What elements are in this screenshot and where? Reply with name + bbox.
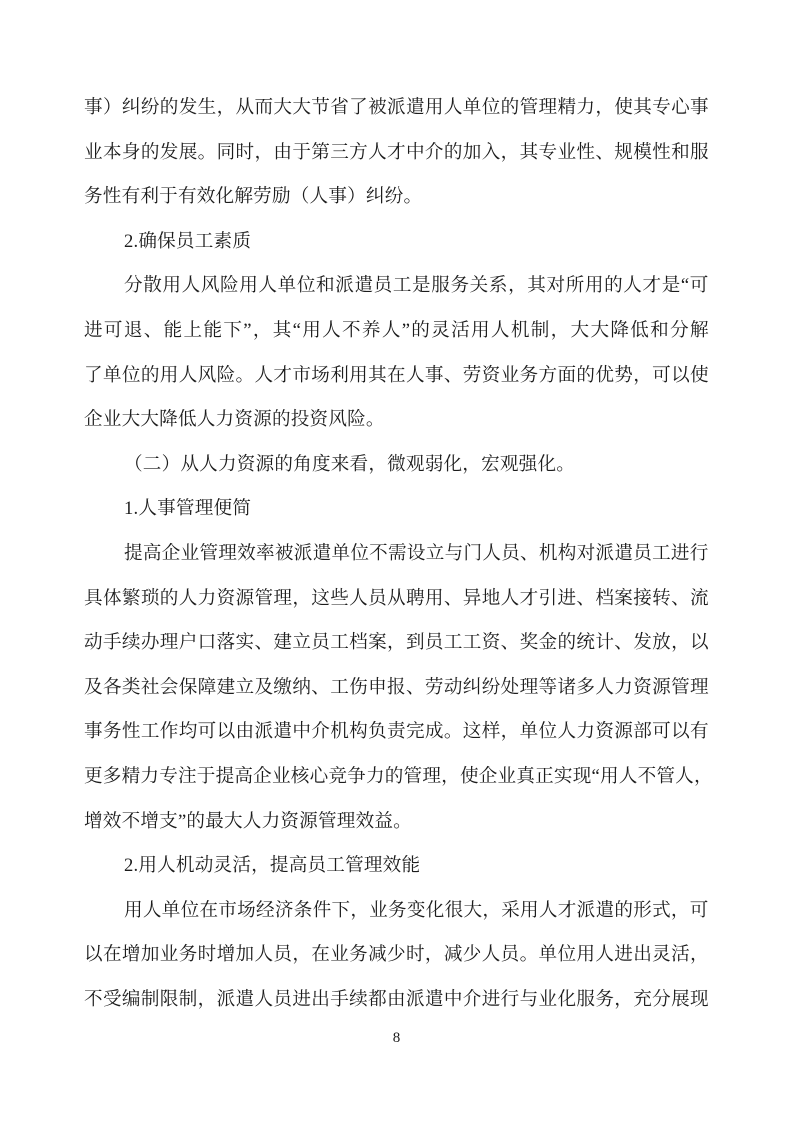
document-char: 心 [310,755,329,800]
document-char: 流 [690,577,709,622]
document-char: 遣 [406,86,425,131]
document-char: 工 [444,621,463,666]
document-char: 遣 [273,710,292,755]
document-line: 及各类社会保障建立及缴纳、工伤申报、劳动纠纷处理等诸多人力资源管理 [84,666,709,711]
document-char: 。 [198,131,217,176]
document-char: 充 [633,978,652,1023]
document-char: 对 [546,264,565,309]
document-char: 员 [633,532,652,577]
document-char: 人 [482,532,501,577]
document-char: 和 [316,264,335,309]
document-char: 化 [426,889,445,934]
document-char: 派 [406,978,425,1023]
document-char: 动 [84,621,103,666]
document-char: 了 [349,86,368,131]
document-char: 派 [387,86,406,131]
document-char: 务 [103,710,122,755]
document-char: 人 [595,666,614,711]
document-char: ” [243,309,251,354]
document-char: 单 [539,933,558,978]
document-char: 人 [179,354,198,399]
document-char: 用 [576,933,595,978]
document-char: 工 [330,666,349,711]
document-char: 有 [690,710,709,755]
document-char: 管 [656,755,675,800]
document-char: 务 [520,354,539,399]
document-char: 高 [143,532,162,577]
document-char: 用 [162,264,181,309]
document-char: 低 [630,309,649,354]
document-char: 出 [633,933,652,978]
document-char: 的 [160,577,179,622]
document-char: 现 [573,755,592,800]
document-char: 理 [218,532,237,577]
document-char: 在 [387,354,406,399]
document-char: ， [253,309,272,354]
document-char: ， [508,264,527,309]
document-char: 效 [237,532,256,577]
document-char: 上 [184,309,203,354]
document-char: 以 [217,710,236,755]
document-line: 用人单位在市场经济条件下，业务变化很大，采用人才派遣的形式，可 [84,889,709,934]
document-char: 在 [103,933,122,978]
document-char: 完 [406,710,425,755]
document-char: 位 [557,933,576,978]
document-char: 省 [330,86,349,131]
document-char: 员 [273,978,292,1023]
document-char: 务 [179,933,198,978]
document-char: 理 [160,621,179,666]
document-char: 更 [84,755,103,800]
document-char: 员 [368,577,387,622]
document-char: 会 [160,666,179,711]
document-char: 纠 [122,86,141,131]
document-char: 这 [463,710,482,755]
document-char: 使 [614,86,633,131]
document-char: 在 [311,933,330,978]
document-char: 出 [311,978,330,1023]
document-char: 人 [619,755,638,800]
document-char: 工 [463,621,482,666]
document-char: 纳 [292,666,311,711]
document-char: 时 [406,933,425,978]
document-char: 争 [347,755,366,800]
document-line: 企业大大降低人力资源的投资风险。 [84,398,709,443]
document-char: 责 [387,710,406,755]
document-char: 生 [198,86,217,131]
document-char: 工 [141,710,160,755]
document-char: 进 [292,978,311,1023]
document-char: 、 [444,577,463,622]
document-char: 机 [511,309,530,354]
document-char: 增 [122,933,141,978]
document-char: 与 [445,532,464,577]
document-char: 源 [652,666,671,711]
document-char: ， [501,131,520,176]
document-char: 缴 [273,666,292,711]
document-line: 了单位的用人风险。人才市场利用其在人事、劳资业务方面的优势，可以使 [84,354,709,399]
document-char: 分 [670,309,689,354]
document-char: 灵 [652,933,671,978]
document-char: ， [551,309,570,354]
document-char: 工 [330,621,349,666]
document-char: 资 [482,621,501,666]
document-char: ， [292,577,311,622]
document-char: 业 [557,131,576,176]
document-char: 劳 [425,666,444,711]
document-char: 各 [103,666,122,711]
document-char: 不 [638,755,657,800]
document-char: 下 [223,309,242,354]
document-char: 心 [671,86,690,131]
document-char: 派 [577,889,596,934]
document-char: 资 [633,666,652,711]
document-char: 引 [539,577,558,622]
document-char: 减 [444,933,463,978]
document-char: 由 [387,978,406,1023]
document-char: 风 [201,264,220,309]
document-char: 案 [614,577,633,622]
document-char: 人 [382,309,401,354]
document-char: ， [198,978,217,1023]
document-char: 门 [463,532,482,577]
document-char: 员 [374,264,393,309]
document-char: 专 [652,86,671,131]
document-char: ， [425,933,444,978]
document-char: 成 [425,710,444,755]
document-char: 样 [482,710,501,755]
document-char: 琐 [141,577,160,622]
document-char: 节 [311,86,330,131]
document-char: ， [595,86,614,131]
document-char: 派 [595,532,614,577]
document-char: 类 [122,666,141,711]
document-char: 以 [671,710,690,755]
document-char: 人 [179,577,198,622]
document-char: 建 [217,666,236,711]
document-char: 于 [197,755,216,800]
document-char: 提 [124,532,143,577]
document-line: 2.用人机动灵活，提高员工管理效能 [84,844,709,889]
document-char: 可 [652,354,671,399]
document-char: 和 [650,309,669,354]
document-char: 现 [690,978,709,1023]
document-char: 奖 [520,621,539,666]
document-char: 大 [571,309,590,354]
document-char: 系 [489,264,508,309]
document-char: 本 [103,131,122,176]
document-char: 大 [292,86,311,131]
document-char: 用 [124,889,143,934]
document-char: 场 [311,354,330,399]
document-char: 关 [470,264,489,309]
document-char: 员 [311,621,330,666]
document-char: 具 [84,577,103,622]
document-char: 才 [642,264,661,309]
document-char: 等 [539,666,558,711]
document-char: 专 [159,755,178,800]
document-char: 实 [236,621,255,666]
document-char: ， [671,621,690,666]
document-char: 加 [236,933,255,978]
document-char: 、 [311,666,330,711]
document-char: 、 [520,532,539,577]
document-char: 变 [407,889,426,934]
document-char: 业 [84,131,103,176]
document-char: 场 [237,889,256,934]
document-char: 档 [349,621,368,666]
document-char: 这 [311,577,330,622]
page-number: 8 [0,1024,793,1052]
document-char: 而 [254,86,273,131]
document-char: 派 [335,264,354,309]
document-char: 的 [557,621,576,666]
document-char: 派 [217,978,236,1023]
document-char: 可 [690,264,709,309]
document-char: 人 [143,889,162,934]
document-char: 制 [141,978,160,1023]
document-char: 机 [539,532,558,577]
document-char: 其 [520,131,539,176]
document-char: 位 [350,532,369,577]
document-char: 立 [426,532,445,577]
document-char: 受 [103,978,122,1023]
document-char: 管 [254,577,273,622]
document-char: 真 [516,755,535,800]
document-char: 源 [614,710,633,755]
document-char: 位 [297,264,316,309]
document-char: 的 [501,86,520,131]
document-char: 事 [690,86,709,131]
document-char: 人 [491,309,510,354]
document-char: 单 [103,354,122,399]
document-line: 2.确保员工素质 [84,220,709,265]
document-char: 、 [144,309,163,354]
document-char: 条 [294,889,313,934]
document-char: 展 [179,131,198,176]
document-char: 才 [387,131,406,176]
document-char: 竞 [328,755,347,800]
document-char: 才 [273,354,292,399]
document-line: 务性有利于有效化解劳励（人事）纠纷。 [84,175,709,220]
document-char: 被 [275,532,294,577]
document-char: 人 [539,889,558,934]
document-char: 其 [527,264,546,309]
document-char: 保 [179,666,198,711]
document-char: ， [614,978,633,1023]
document-char: 人 [623,264,642,309]
document-char: 、 [254,621,273,666]
document-char: 分 [652,978,671,1023]
document-char: 退 [124,309,143,354]
document-char: 进 [614,933,633,978]
document-char: 不 [369,532,388,577]
document-char: 的 [141,131,160,176]
document-char: 人 [406,354,425,399]
document-char: 管 [671,666,690,711]
document-line: 进可退、能上能下”，其“用人不养人”的灵活用人机制，大大降低和分解 [84,309,709,354]
document-char: 险 [217,354,236,399]
document-char: 限 [160,978,179,1023]
document-char: 介 [463,978,482,1023]
document-char: 遣 [425,978,444,1023]
document-char: 口 [198,621,217,666]
document-char: 工 [393,264,412,309]
document-char: 的 [411,309,430,354]
document-char: 济 [275,889,294,934]
document-char: 单 [463,86,482,131]
document-char: 服 [576,978,595,1023]
document-char: 的 [385,755,404,800]
document-char: 从 [236,86,255,131]
document-char: 用 [425,86,444,131]
document-char: 单 [278,264,297,309]
document-char: 企 [479,755,498,800]
document-char: 单 [331,532,350,577]
document-char: 企 [253,755,272,800]
document-char: 都 [368,978,387,1023]
document-char: 人 [501,577,520,622]
document-char: 遣 [313,532,332,577]
document-char: 的 [576,354,595,399]
document-char: ， [217,86,236,131]
document-char: 负 [368,710,387,755]
document-char: 及 [84,666,103,711]
document-char: 采 [501,889,520,934]
document-char: 性 [652,131,671,176]
document-char: 接 [633,577,652,622]
document-char: ， [671,889,690,934]
document-char: 提 [216,755,235,800]
document-char: 式 [652,889,671,934]
document-char: 立 [292,621,311,666]
document-char: ， [690,933,709,978]
document-char: 申 [368,666,387,711]
document-char: 放 [652,621,671,666]
document-char: 资 [217,577,236,622]
document-char: 人 [595,933,614,978]
document-char: 力 [366,755,385,800]
document-line: 提高企业管理效率被派遣单位不需设立与门人员、机构对派遣员工进行 [84,532,709,577]
document-line: 业本身的发展。同时，由于第三方人才中介的加入，其专业性、规模性和服 [84,131,709,176]
document-char: 用 [425,577,444,622]
document-char: 与 [520,978,539,1023]
document-char: 使 [460,755,479,800]
document-char: 是 [662,264,681,309]
document-char: 以 [671,354,690,399]
document-char: 社 [141,666,160,711]
document-char: 机 [330,710,349,755]
document-char: 员 [501,532,520,577]
document-char: 模 [633,131,652,176]
document-char: 的 [604,264,623,309]
document-line: 更多精力专注于提高企业核心竞争力的管理，使企业真正实现“用人不管人， [84,755,709,800]
document-char: 其 [633,86,652,131]
document-char: 位 [181,889,200,934]
document-char: 大 [463,889,482,934]
document-char: 对 [577,532,596,577]
document-char: 化 [557,978,576,1023]
document-char: 人 [254,933,273,978]
document-char: 注 [178,755,197,800]
document-char: 面 [557,354,576,399]
document-char: 务 [388,889,407,934]
document-char: 理 [273,577,292,622]
document-char: 、 [406,666,425,711]
document-char: 性 [576,131,595,176]
document-char: 业 [501,354,520,399]
document-char: ， [254,131,273,176]
document-char: 手 [330,978,349,1023]
document-char: 、 [595,131,614,176]
document-char: 力 [198,577,217,622]
document-char: 纠 [463,666,482,711]
document-char: 用 [520,889,539,934]
document-char: 多 [576,666,595,711]
document-char: 工 [652,532,671,577]
document-char: 业 [369,889,388,934]
document-char: 实 [554,755,573,800]
document-char: 障 [198,666,217,711]
document-char: 异 [463,577,482,622]
document-char: 制 [179,978,198,1023]
document-char: 纷 [482,666,501,711]
document-char: 力 [576,86,595,131]
document-char: “ [681,264,689,309]
document-char: 由 [273,131,292,176]
document-char: 行 [501,978,520,1023]
document-char: ， [387,621,406,666]
document-char: 续 [349,978,368,1023]
document-char: 立 [236,666,255,711]
document-char: 业 [272,755,291,800]
document-char: 才 [558,889,577,934]
document-char: 人 [482,933,501,978]
document-char: 人 [182,264,201,309]
document-char: 用 [585,264,604,309]
document-char: 少 [463,933,482,978]
document-char: 人 [322,309,341,354]
document-char: 优 [595,354,614,399]
document-char: 理 [520,666,539,711]
document-char: 管 [199,532,218,577]
document-char: 时 [198,933,217,978]
document-char: 源 [236,577,255,622]
document-char: 力 [614,666,633,711]
document-char: 人 [349,577,368,622]
document-char: 位 [122,354,141,399]
document-char: 派 [254,710,273,755]
document-char: 员 [425,621,444,666]
document-char: 可 [652,710,671,755]
document-char: 力 [140,755,159,800]
document-char: 很 [445,889,464,934]
document-char: 的 [141,354,160,399]
document-char: 同 [217,131,236,176]
document-char: 所 [566,264,585,309]
document-line: 事）纠纷的发生，从而大大节省了被派遣用人单位的管理精力，使其专心事 [84,86,709,131]
document-line: 事务性工作均可以由派遣中介机构负责完成。这样，单位人力资源部可以有 [84,710,709,755]
document-char: 市 [292,354,311,399]
document-char: 、 [614,621,633,666]
document-char: 些 [330,577,349,622]
document-char: 遣 [595,889,614,934]
document-char: 服 [431,264,450,309]
document-char: 从 [387,577,406,622]
document-char: 纷 [141,86,160,131]
document-char: 到 [406,621,425,666]
document-char: 活 [451,309,470,354]
